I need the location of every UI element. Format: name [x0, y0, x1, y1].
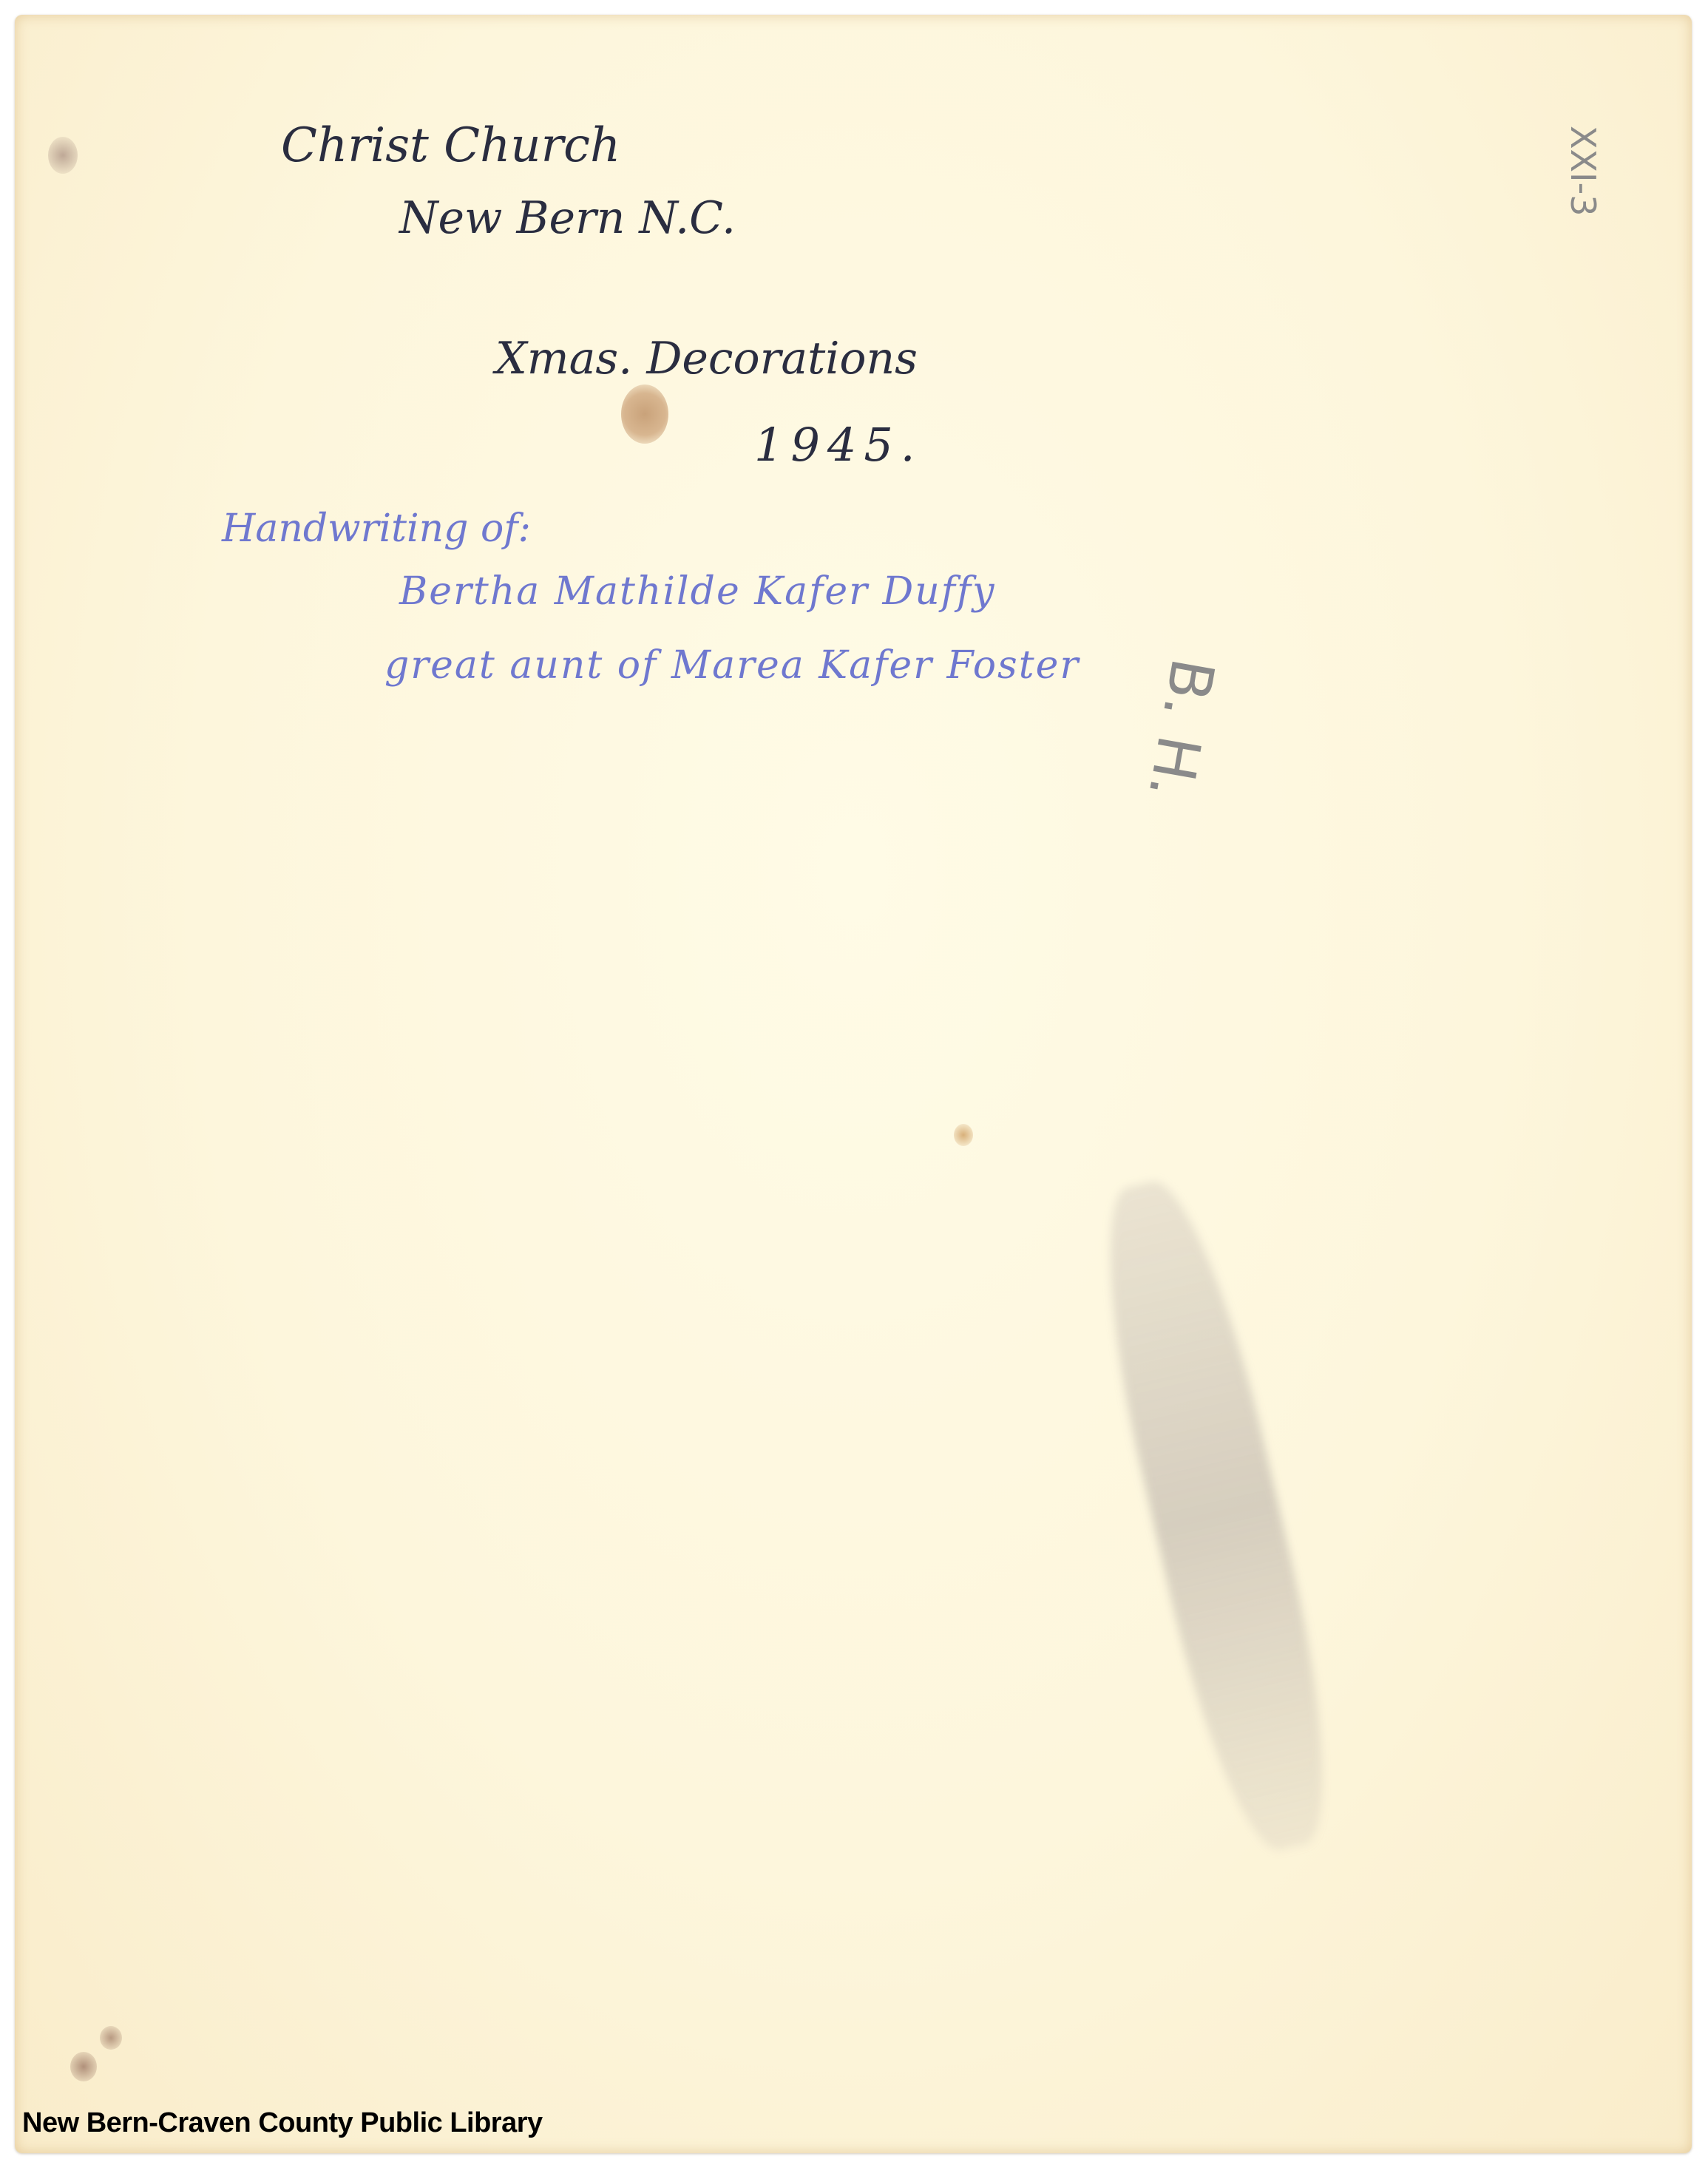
brown-stain [954, 1124, 973, 1146]
handwriting-attribution-label: Handwriting of: [222, 506, 531, 551]
brown-stain [621, 384, 668, 444]
catalog-number: XXI-3 [1563, 126, 1603, 216]
pencil-smudge [1079, 1170, 1355, 1862]
brown-stain [100, 2026, 122, 2050]
smudge-mark [48, 137, 78, 174]
pencil-initials: B. H. [1135, 654, 1227, 804]
handwritten-location: New Bern N.C. [399, 192, 736, 244]
handwritten-church-name: Christ Church [281, 118, 620, 173]
handwritten-subject: Xmas. Decorations [495, 333, 918, 384]
photo-card-back: Christ Church New Bern N.C. Xmas. Decora… [15, 15, 1692, 2153]
handwriting-author-name: Bertha Mathilde Kafer Duffy [399, 569, 996, 614]
handwritten-year: 1945. [754, 418, 923, 472]
handwriting-relation: great aunt of Marea Kafer Foster [384, 643, 1080, 688]
brown-stain [70, 2052, 97, 2081]
library-caption: New Bern-Craven County Public Library [22, 2107, 543, 2139]
